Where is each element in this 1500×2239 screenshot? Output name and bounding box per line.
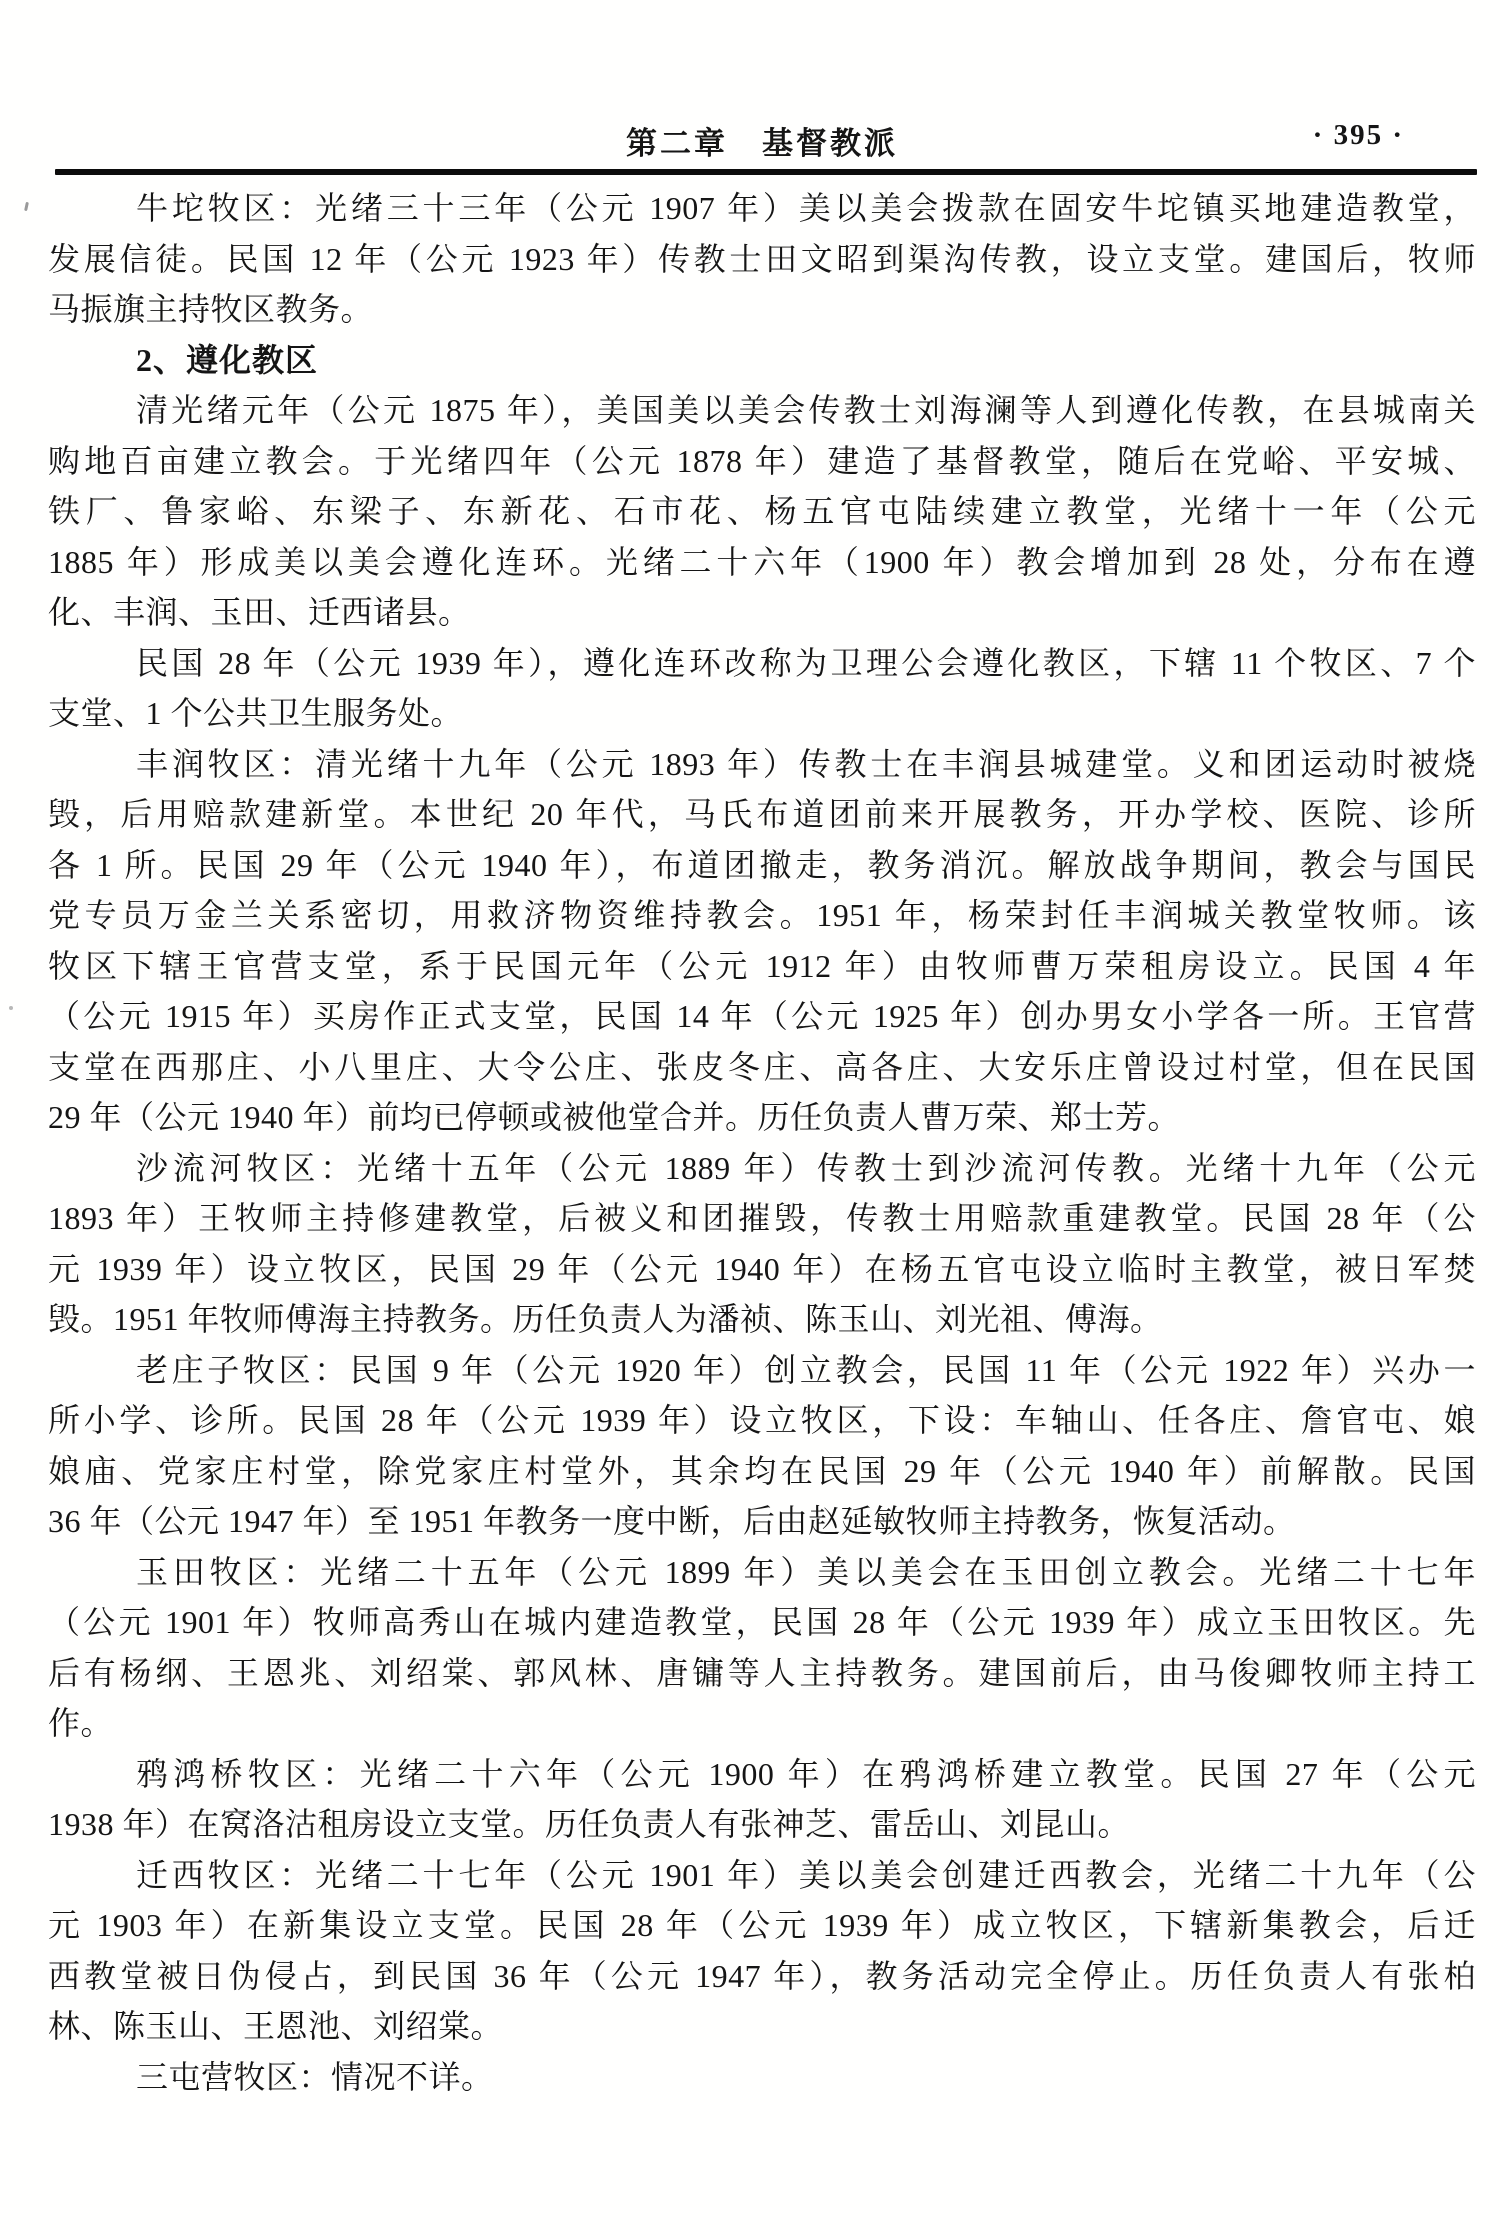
text-line: 支堂在西那庄、小八里庄、大令公庄、张皮冬庄、高各庄、大安乐庄曾设过村堂，但在民国 [48, 1042, 1476, 1093]
header-rule [55, 169, 1477, 175]
text-line: 林、陈玉山、王恩池、刘绍棠。 [48, 2001, 1476, 2052]
paragraph-yutian: 玉田牧区：光绪二十五年（公元 1899 年）美以美会在玉田创立教会。光绪二十七年… [48, 1547, 1476, 1749]
section-heading: 2、遵化教区 [48, 335, 1476, 386]
text-line: 牛坨牧区：光绪三十三年（公元 1907 年）美以美会拨款在固安牛坨镇买地建造教堂… [48, 183, 1476, 234]
text-line: 牧区下辖王官营支堂，系于民国元年（公元 1912 年）由牧师曹万荣租房设立。民国… [48, 941, 1476, 992]
text-line: 各 1 所。民国 29 年（公元 1940 年），布道团撤走，教务消沉。解放战争… [48, 840, 1476, 891]
text-line: 沙流河牧区：光绪十五年（公元 1889 年）传教士到沙流河传教。光绪十九年（公元 [48, 1143, 1476, 1194]
text-line: 鸦鸿桥牧区：光绪二十六年（公元 1900 年）在鸦鸿桥建立教堂。民国 27 年（… [48, 1749, 1476, 1800]
text-line: 三屯营牧区：情况不详。 [48, 2052, 1476, 2103]
paragraph-zunhua-intro: 清光绪元年（公元 1875 年），美国美以美会传教士刘海澜等人到遵化传教，在县城… [48, 385, 1476, 638]
text-line: 马振旗主持牧区教务。 [48, 284, 1476, 335]
paragraph-niutuo: 牛坨牧区：光绪三十三年（公元 1907 年）美以美会拨款在固安牛坨镇买地建造教堂… [48, 183, 1476, 335]
paragraph-qianxi: 迁西牧区：光绪二十七年（公元 1901 年）美以美会创建迁西教会，光绪二十九年（… [48, 1850, 1476, 2052]
scan-speck [24, 202, 29, 211]
text-line: 1885 年）形成美以美会遵化连环。光绪二十六年（1900 年）教会增加到 28… [48, 537, 1476, 588]
paragraph-laozhuangzi: 老庄子牧区：民国 9 年（公元 1920 年）创立教会，民国 11 年（公元 1… [48, 1345, 1476, 1547]
paragraph-fengrun: 丰润牧区：清光绪十九年（公元 1893 年）传教士在丰润县城建堂。义和团运动时被… [48, 739, 1476, 1143]
paragraph-yahongqiao: 鸦鸿桥牧区：光绪二十六年（公元 1900 年）在鸦鸿桥建立教堂。民国 27 年（… [48, 1749, 1476, 1850]
scan-speck [9, 1006, 13, 1010]
book-page: 第二章 基督教派 · 395 · 牛坨牧区：光绪三十三年（公元 1907 年）美… [0, 0, 1500, 2239]
text-line: 西教堂被日伪侵占，到民国 36 年（公元 1947 年），教务活动完全停止。历任… [48, 1951, 1476, 2002]
text-line: 元 1903 年）在新集设立支堂。民国 28 年（公元 1939 年）成立牧区，… [48, 1900, 1476, 1951]
text-line: 1938 年）在窝洛沽租房设立支堂。历任负责人有张神芝、雷岳山、刘昆山。 [48, 1799, 1476, 1850]
heading-zunhua-jiaoqu: 2、遵化教区 [48, 335, 1476, 386]
text-line: 元 1939 年）设立牧区，民国 29 年（公元 1940 年）在杨五官屯设立临… [48, 1244, 1476, 1295]
text-line: 所小学、诊所。民国 28 年（公元 1939 年）设立牧区，下设：车轴山、任各庄… [48, 1395, 1476, 1446]
text-line: 娘庙、党家庄村堂，除党家庄村堂外，其余均在民国 29 年（公元 1940 年）前… [48, 1446, 1476, 1497]
page-number: · 395 · [1313, 119, 1404, 152]
text-line: 迁西牧区：光绪二十七年（公元 1901 年）美以美会创建迁西教会，光绪二十九年（… [48, 1850, 1476, 1901]
running-head: 第二章 基督教派 · 395 · [48, 118, 1476, 160]
text-line: 丰润牧区：清光绪十九年（公元 1893 年）传教士在丰润县城建堂。义和团运动时被… [48, 739, 1476, 790]
text-line: 民国 28 年（公元 1939 年），遵化连环改称为卫理公会遵化教区，下辖 11… [48, 638, 1476, 689]
text-line: 毁。1951 年牧师傅海主持教务。历任负责人为潘祯、陈玉山、刘光祖、傅海。 [48, 1294, 1476, 1345]
text-line: 29 年（公元 1940 年）前均已停顿或被他堂合并。历任负责人曹万荣、郑士芳。 [48, 1092, 1476, 1143]
text-line: 支堂、1 个公共卫生服务处。 [48, 688, 1476, 739]
text-line: （公元 1915 年）买房作正式支堂，民国 14 年（公元 1925 年）创办男… [48, 991, 1476, 1042]
text-line: 36 年（公元 1947 年）至 1951 年教务一度中断，后由赵延敏牧师主持教… [48, 1496, 1476, 1547]
page-body: 牛坨牧区：光绪三十三年（公元 1907 年）美以美会拨款在固安牛坨镇买地建造教堂… [48, 183, 1476, 2102]
chapter-title: 第二章 基督教派 [48, 118, 1476, 163]
paragraph-santunying: 三屯营牧区：情况不详。 [48, 2052, 1476, 2103]
text-line: 1893 年）王牧师主持修建教堂，后被义和团摧毁，传教士用赔款重建教堂。民国 2… [48, 1193, 1476, 1244]
text-line: 玉田牧区：光绪二十五年（公元 1899 年）美以美会在玉田创立教会。光绪二十七年 [48, 1547, 1476, 1598]
text-line: 购地百亩建立教会。于光绪四年（公元 1878 年）建造了基督教堂，随后在党峪、平… [48, 436, 1476, 487]
text-line: 发展信徒。民国 12 年（公元 1923 年）传教士田文昭到渠沟传教，设立支堂。… [48, 234, 1476, 285]
text-line: 铁厂、鲁家峪、东梁子、东新花、石市花、杨五官屯陆续建立教堂，光绪十一年（公元 [48, 486, 1476, 537]
paragraph-shaliuhe: 沙流河牧区：光绪十五年（公元 1889 年）传教士到沙流河传教。光绪十九年（公元… [48, 1143, 1476, 1345]
text-line: 化、丰润、玉田、迁西诸县。 [48, 587, 1476, 638]
text-line: 毁，后用赔款建新堂。本世纪 20 年代，马氏布道团前来开展教务，开办学校、医院、… [48, 789, 1476, 840]
text-line: 老庄子牧区：民国 9 年（公元 1920 年）创立教会，民国 11 年（公元 1… [48, 1345, 1476, 1396]
text-line: （公元 1901 年）牧师高秀山在城内建造教堂，民国 28 年（公元 1939 … [48, 1597, 1476, 1648]
text-line: 后有杨纲、王恩兆、刘绍棠、郭风林、唐镛等人主持教务。建国前后，由马俊卿牧师主持工 [48, 1648, 1476, 1699]
text-line: 党专员万金兰关系密切，用救济物资维持教会。1951 年，杨荣封任丰润城关教堂牧师… [48, 890, 1476, 941]
text-line: 作。 [48, 1698, 1476, 1749]
text-line: 清光绪元年（公元 1875 年），美国美以美会传教士刘海澜等人到遵化传教，在县城… [48, 385, 1476, 436]
paragraph-zunhua-weili: 民国 28 年（公元 1939 年），遵化连环改称为卫理公会遵化教区，下辖 11… [48, 638, 1476, 739]
